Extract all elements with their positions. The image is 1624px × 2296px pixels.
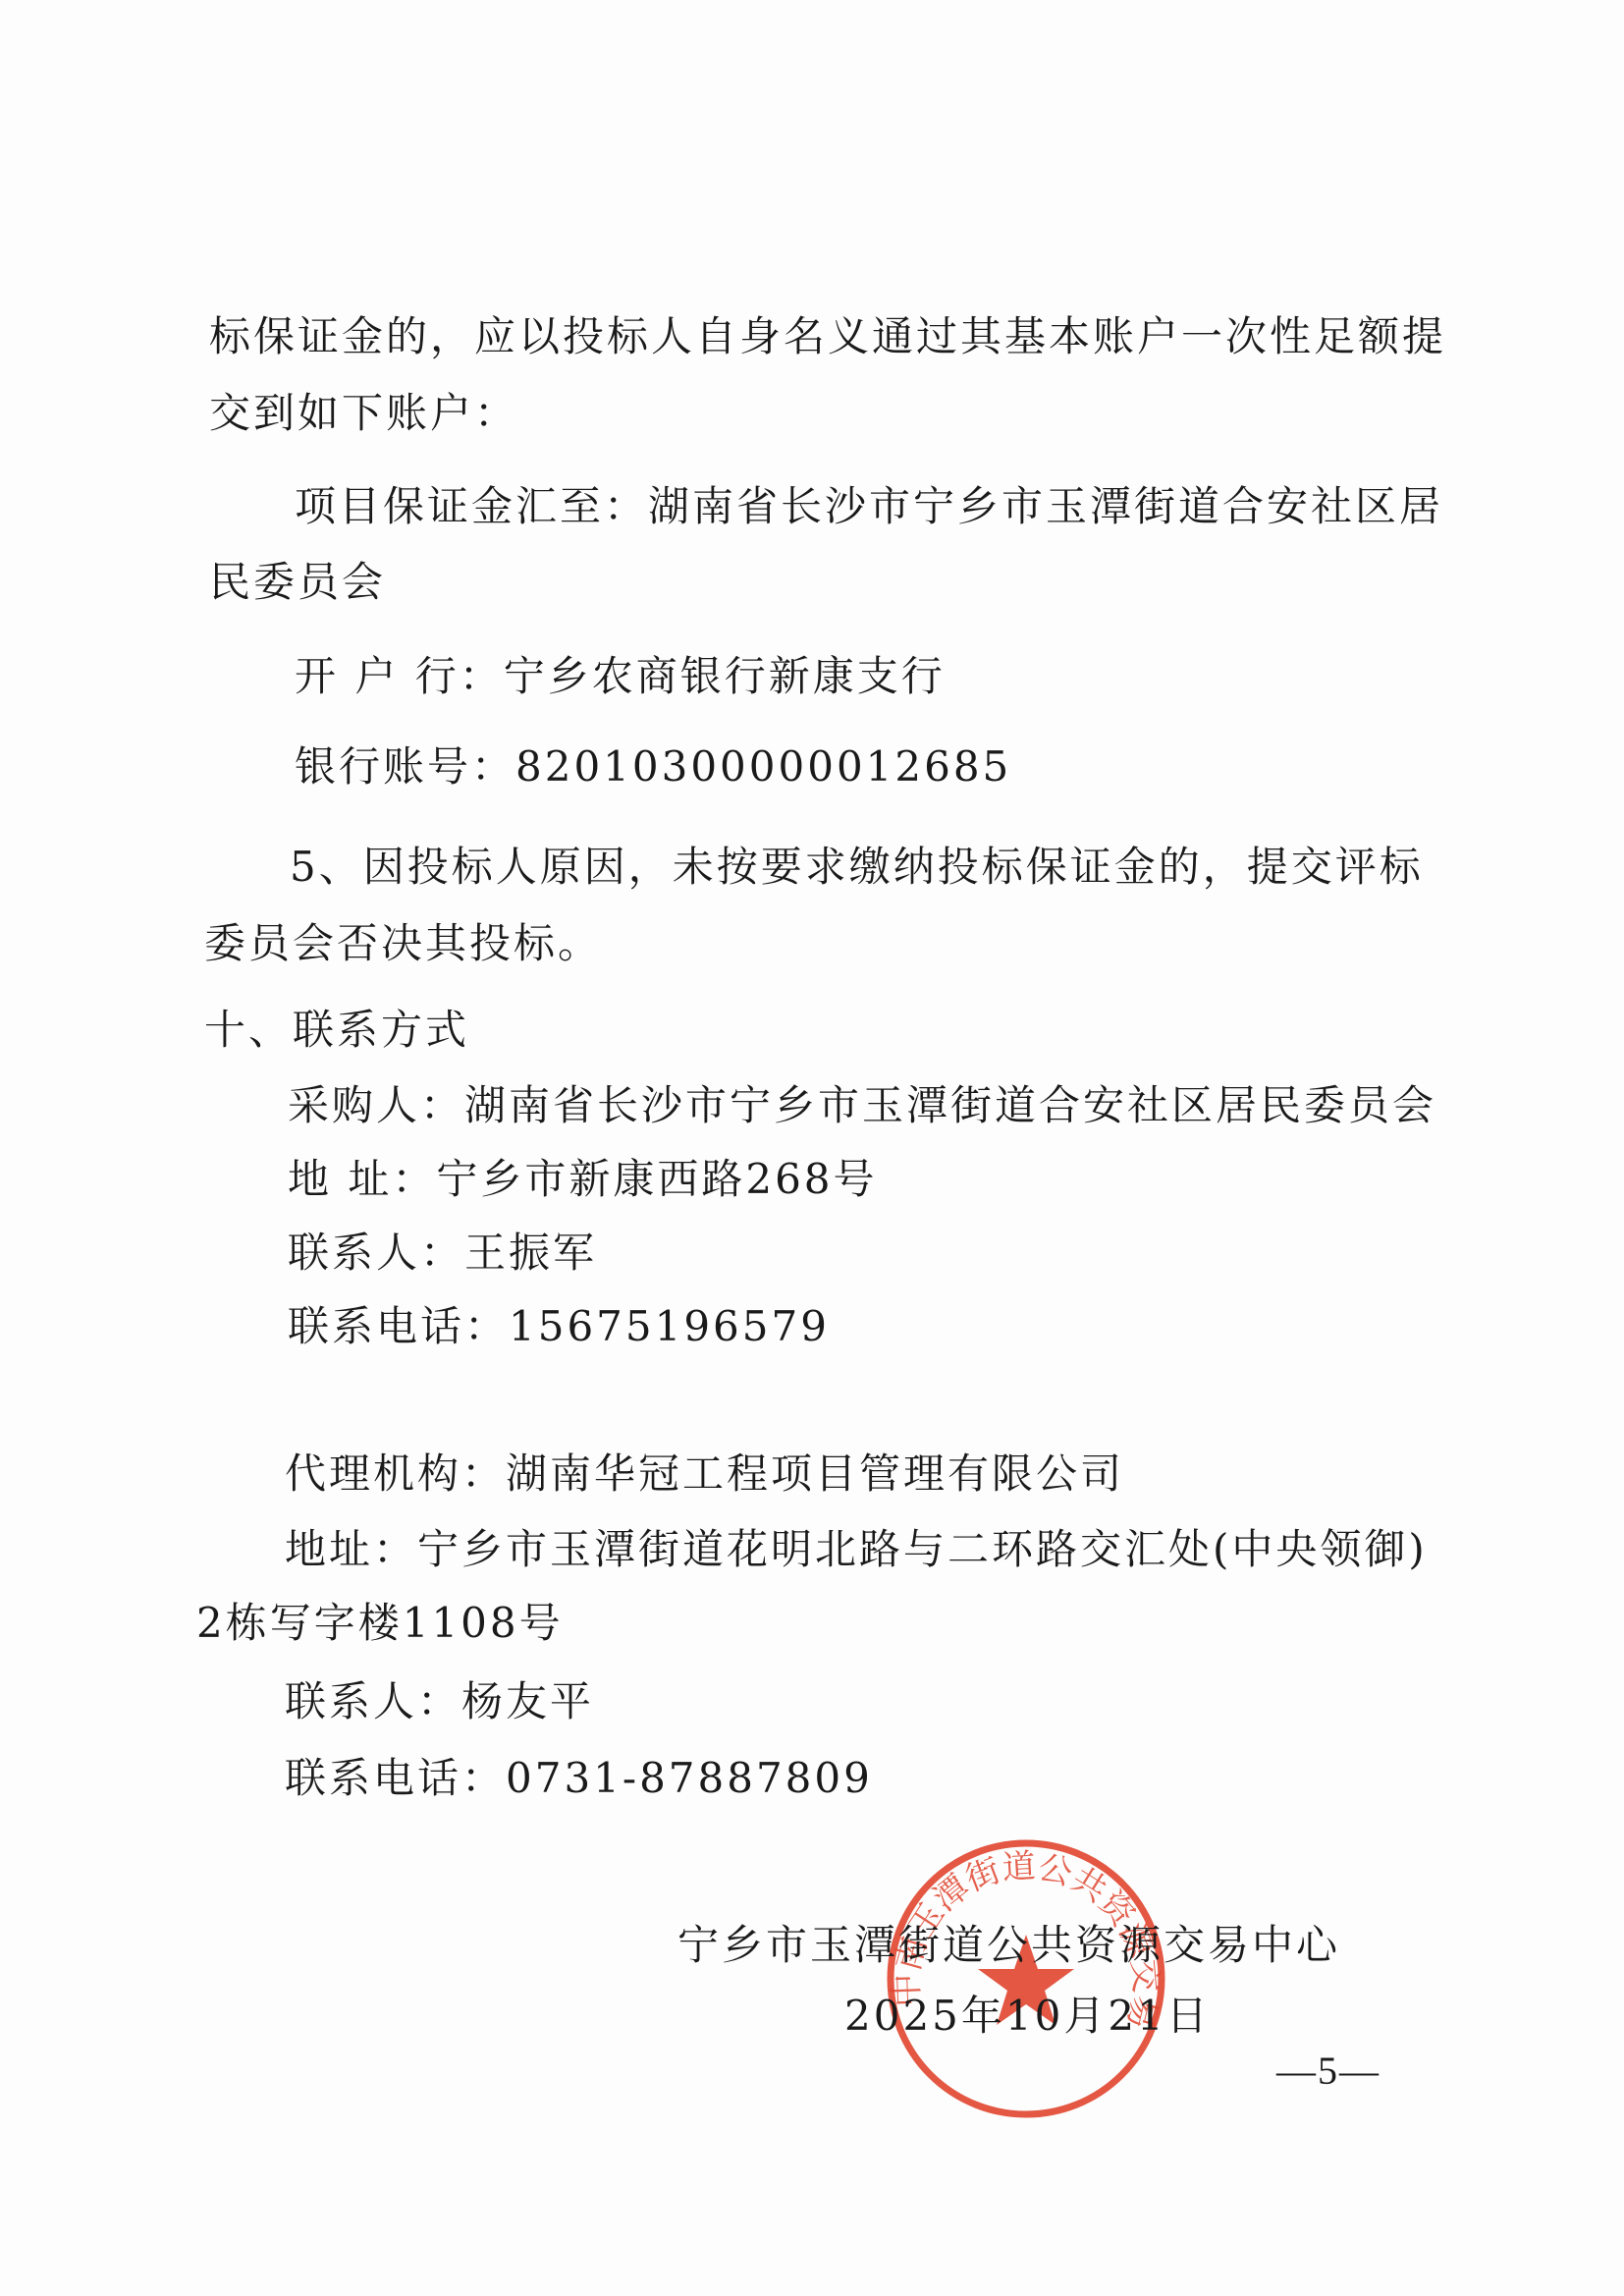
paragraph: 交到如下账户： (209, 393, 518, 434)
agency-contact: 联系人：杨友平 (285, 1681, 594, 1722)
agency-address-line1: 地址：宁乡市玉潭街道花明北路与二环路交汇处(中央领御) (285, 1529, 1428, 1570)
official-seal-icon: 中南玉潭街道公共资源交易中心 (879, 1831, 1173, 2126)
bank-account: 银行账号：82010300000012685 (295, 746, 1011, 788)
agency-address-line2: 2栋写字楼1108号 (196, 1603, 564, 1644)
purchaser-phone: 联系电话：15675196579 (288, 1306, 830, 1347)
signature-date: 2025年10月21日 (844, 1995, 1211, 2037)
page-number: —5— (1276, 2048, 1380, 2094)
section-title: 十、联系方式 (204, 1010, 469, 1051)
signature-org: 宁乡市玉潭街道公共资源交易中心 (677, 1925, 1340, 1966)
purchaser-address: 地 址：宁乡市新康西路268号 (288, 1159, 878, 1200)
paragraph: 项目保证金汇至：湖南省长沙市宁乡市玉潭街道合安社区居 (295, 486, 1443, 527)
bank-name: 开 户 行：宁乡农商银行新康支行 (295, 656, 946, 697)
agency-phone: 联系电话：0731-87887809 (285, 1758, 873, 1799)
paragraph: 民委员会 (209, 562, 386, 603)
paragraph: 标保证金的，应以投标人自身名义通过其基本账户一次性足额提 (209, 316, 1446, 357)
paragraph: 委员会否决其投标。 (204, 923, 602, 964)
agency-name: 代理机构：湖南华冠工程项目管理有限公司 (285, 1453, 1124, 1495)
purchaser-name: 采购人：湖南省长沙市宁乡市玉潭街道合安社区居民委员会 (288, 1085, 1436, 1126)
paragraph: 5、因投标人原因，未按要求缴纳投标保证金的，提交评标 (290, 847, 1424, 888)
purchaser-contact: 联系人：王振军 (288, 1232, 597, 1274)
